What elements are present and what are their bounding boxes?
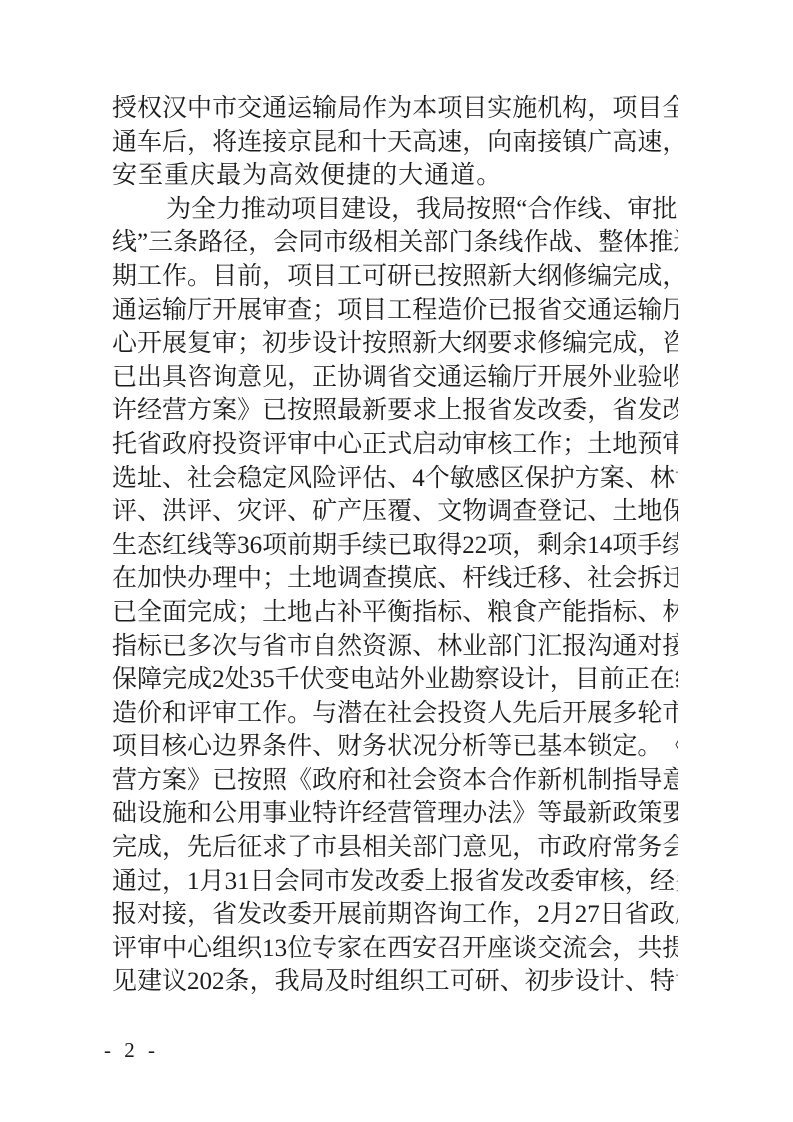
text-line: 期工作。目前，项目工可研已按照新大纲修编完成，报省交 — [112, 260, 678, 294]
text-line: 指标已多次与省市自然资源、林业部门汇报沟通对接；电力 — [112, 630, 678, 664]
page-number: - 2 - — [104, 1038, 159, 1063]
text-line: 授权汉中市交通运输局作为本项目实施机构，项目全面建成 — [112, 92, 678, 126]
text-line: 营方案》已按照《政府和社会资本合作新机制指导意见》《基 — [112, 764, 678, 798]
text-line: 造价和评审工作。与潜在社会投资人先后开展多轮市场测试， — [112, 697, 678, 731]
text-line: 已出具咨询意见，正协调省交通运输厅开展外业验收；《特 — [112, 361, 678, 395]
text-line: 线”三条路径，会同市级相关部门条线作战、整体推进项目前 — [112, 226, 678, 260]
text-line: 生态红线等36项前期手续已取得22项，剩余14项手续正 — [112, 529, 678, 563]
text-line: 心开展复审；初步设计按照新大纲要求修编完成，咨询单位 — [112, 327, 678, 361]
text-line: 为全力推动项目建设，我局按照“合作线、审批线、施工 — [112, 193, 678, 227]
text-line: 安至重庆最为高效便捷的大通道。 — [112, 159, 678, 193]
document-page: 授权汉中市交通运输局作为本项目实施机构，项目全面建成通车后，将连接京昆和十天高速… — [0, 0, 793, 1122]
text-line: 项目核心边界条件、财务状况分析等已基本锁定。《特许经 — [112, 730, 678, 764]
text-line: 通车后，将连接京昆和十天高速，向南接镇广高速，成为西 — [112, 126, 678, 160]
text-line: 在加快办理中；土地调查摸底、杆线迁移、社会拆迁预评估 — [112, 562, 678, 596]
text-line: 评、洪评、灾评、矿产压覆、文物调查登记、土地保护红线、 — [112, 495, 678, 529]
text-line: 通运输厅开展审查；项目工程造价已报省交通运输厅造价中 — [112, 294, 678, 328]
text-line: 选址、社会稳定风险评估、4个敏感区保护方案、林评、环 — [112, 462, 678, 496]
text-line: 评审中心组织13位专家在西安召开座谈交流会，共提出意 — [112, 932, 678, 966]
text-line: 通过，1月31日会同市发改委上报省发改委审核，经多次汇 — [112, 865, 678, 899]
text-line: 见建议202条，我局及时组织工可研、初步设计、特许经营 — [112, 965, 678, 999]
text-line: 完成，先后征求了市县相关部门意见，市政府常务会议审议 — [112, 831, 678, 865]
text-line: 已全面完成；土地占补平衡指标、粮食产能指标、林地占用 — [112, 596, 678, 630]
text-line: 托省政府投资评审中心正式启动审核工作；土地预审、项目 — [112, 428, 678, 462]
text-line: 础设施和公用事业特许经营管理办法》等最新政策要求编制 — [112, 797, 678, 831]
page-body: 授权汉中市交通运输局作为本项目实施机构，项目全面建成通车后，将连接京昆和十天高速… — [112, 92, 678, 999]
text-line: 保障完成2处35千伏变电站外业勘察设计，目前正在编制 — [112, 663, 678, 697]
text-line: 报对接，省发改委开展前期咨询工作，2月27日省政府投资 — [112, 898, 678, 932]
text-line: 许经营方案》已按照最新要求上报省发改委，省发改委已委 — [112, 394, 678, 428]
